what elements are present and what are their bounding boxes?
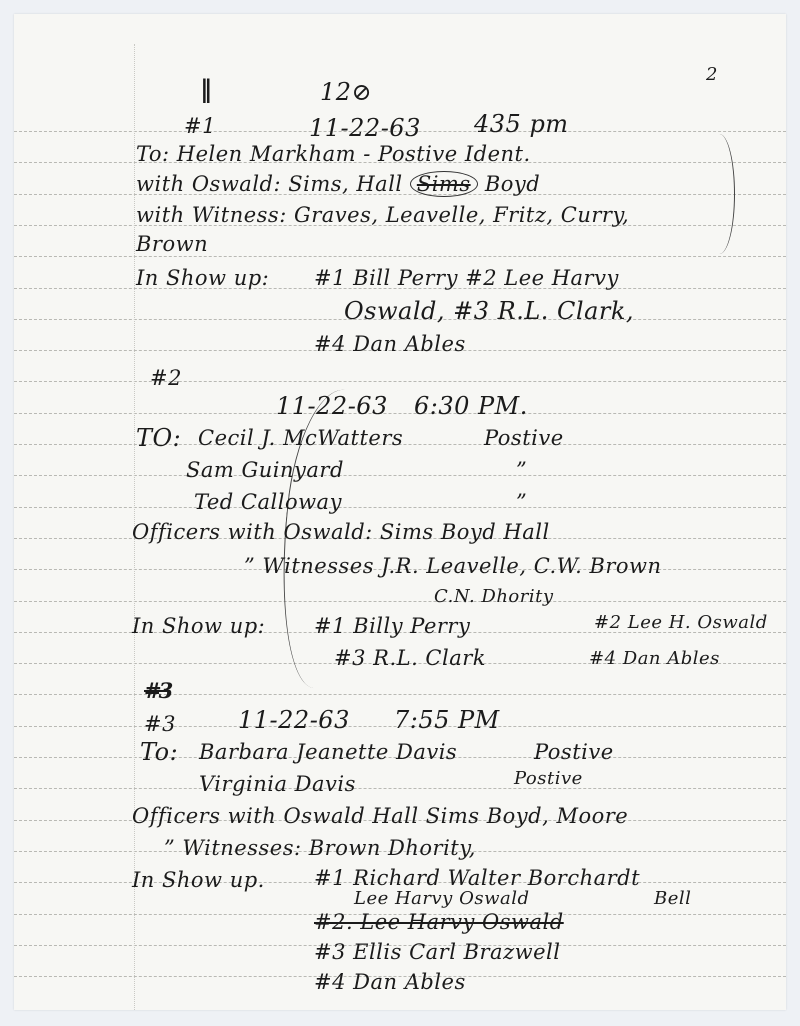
entry-1-officers: with Oswald: Sims, Hall	[136, 172, 403, 196]
entry-2-witnesses-line: ” Witnesses J.R. Leavelle, C.W. Brown	[244, 554, 662, 578]
entry-2-officers-line: Officers with Oswald: Sims Boyd Hall	[132, 520, 550, 544]
entry-2-showup-line2: #3 R.L. Clark	[334, 646, 486, 670]
entry-1-officer-after: Boyd	[485, 172, 540, 196]
entry-3-showup-line3: #3 Ellis Carl Brazwell	[314, 940, 560, 964]
handwritten-document-page: ‖ 12⊘ 2 #1 11-22-63 435 pm To: Helen Mar…	[14, 14, 786, 1010]
entry-3-showup-line2-note: Bell	[654, 888, 691, 909]
entry-2-witness-1-name: Cecil J. McWatters	[198, 426, 403, 450]
entry-2-showup-line1b: #2 Lee H. Oswald	[594, 612, 768, 633]
entry-2-witness-2-result: ”	[516, 458, 527, 482]
entry-1-showup-line2: Oswald, #3 R.L. Clark,	[344, 297, 634, 325]
entry-3-showup-label: In Show up.	[132, 868, 265, 892]
entry-2-showup-label: In Show up:	[132, 614, 265, 638]
ruled-line	[14, 381, 786, 382]
entry-1-officers-line: with Oswald: Sims, Hall Sims Boyd	[136, 172, 540, 196]
entry-2-witnesses-cont: C.N. Dhority	[434, 586, 554, 607]
entry-3-number: #3	[144, 712, 176, 736]
entry-1-to-line: To: Helen Markham - Postive Ident.	[136, 142, 531, 166]
hand-drawn-arc	[704, 134, 735, 254]
entry-1-officer-struck: Sims	[410, 171, 478, 197]
entry-2-number: #2	[150, 366, 182, 390]
ruled-line	[14, 413, 786, 414]
entry-2-showup-line2b: #4 Dan Ables	[589, 648, 720, 669]
entry-2-showup-line1: #1 Billy Perry	[314, 614, 470, 638]
entry-1-date: 11-22-63	[309, 114, 421, 142]
entry-3-showup-line2-struck: #2. Lee Harvy Oswald	[314, 910, 564, 934]
ruled-line	[14, 475, 786, 476]
ruled-line	[14, 788, 786, 789]
ruled-line	[14, 256, 786, 257]
entry-3-showup-line1: #1 Richard Walter Borchardt	[314, 866, 640, 890]
entry-3-witness-2-result: Postive	[514, 768, 583, 789]
entry-2-witness-1-result: Postive	[484, 426, 564, 450]
top-mark: ‖	[200, 74, 209, 103]
entry-3-witness-1-name: Barbara Jeanette Davis	[199, 740, 457, 764]
entry-2-date: 11-22-63	[276, 392, 388, 420]
page-number: 12⊘	[320, 78, 372, 106]
entry-2-witness-3-name: Ted Calloway	[194, 490, 342, 514]
ruled-line	[14, 507, 786, 508]
entry-1-showup-label: In Show up:	[136, 266, 269, 290]
entry-1-time: 435 pm	[474, 110, 569, 138]
entry-3-time: 7:55 PM	[394, 706, 500, 734]
entry-3-to-label: To:	[140, 738, 178, 766]
entry-3-witnesses-line: ” Witnesses: Brown Dhority,	[164, 836, 476, 860]
entry-3-showup-line4: #4 Dan Ables	[314, 970, 466, 994]
ruled-line	[14, 694, 786, 695]
entry-2-witness-3-result: ”	[516, 490, 527, 514]
entry-1-witness-cont: Brown	[136, 232, 208, 256]
entry-1-witness-line: with Witness: Graves, Leavelle, Fritz, C…	[136, 203, 629, 227]
entry-3-witness-1-result: Postive	[534, 740, 614, 764]
entry-1-showup-line1: #1 Bill Perry #2 Lee Harvy	[314, 266, 619, 290]
entry-2-time: 6:30 PM.	[414, 392, 528, 420]
entry-2-witness-2-name: Sam Guinyard	[186, 458, 344, 482]
ruled-line	[14, 601, 786, 602]
entry-1-number: #1	[184, 114, 216, 138]
entry-3-date: 11-22-63	[238, 706, 350, 734]
entry-3-witness-2-name: Virginia Davis	[199, 772, 356, 796]
entry-3-showup-line2-insert: Lee Harvy Oswald	[354, 888, 529, 909]
entry-2-to-label: TO:	[136, 424, 181, 452]
entry-1-showup-line3: #4 Dan Ables	[314, 332, 466, 356]
entry-3-officers-line: Officers with Oswald Hall Sims Boyd, Moo…	[132, 804, 628, 828]
corner-mark: 2	[706, 64, 718, 85]
entry-3-scratched-number: #3	[144, 678, 170, 703]
